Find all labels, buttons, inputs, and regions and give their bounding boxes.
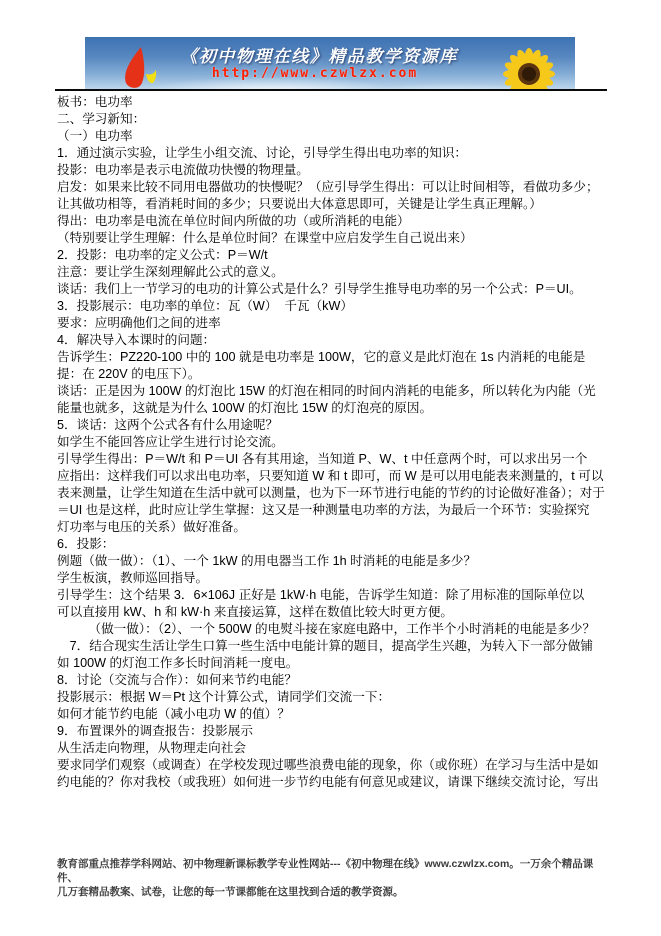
text-line: 表来测量，让学生知道在生活中就可以测量，也为下一环节进行电能的节约的讨论做好准备… xyxy=(57,485,608,502)
text-line: （一）电功率 xyxy=(57,128,608,145)
text-line: 二、学习新知： xyxy=(57,111,608,128)
text-line: 要求同学们观察（或调查）在学校发现过哪些浪费电能的现象，你（或你班）在学习与生活… xyxy=(57,757,608,774)
text-line: 引导学生：这个结果 3．6×106J 正好是 1kW·h 电能，告诉学生知道：除… xyxy=(57,587,608,604)
text-line: 如学生不能回答应让学生进行讨论交流。 xyxy=(57,434,608,451)
footer-line: 几万套精品教案、试卷，让您的每一节课都能在这里找到合适的教学资源。 xyxy=(57,885,613,899)
text-line: 4．解决导入本课时的问题： xyxy=(57,332,608,349)
text-line: （特别要让学生理解：什么是单位时间？在课堂中应启发学生自己说出来） xyxy=(57,230,608,247)
text-line: ＝UI 也是这样，此时应让学生掌握：这又是一种测量电功率的方法，为最后一个环节：… xyxy=(57,502,608,519)
text-line: 6．投影： xyxy=(57,536,608,553)
text-line: 谈话：我们上一节学习的电功的计算公式是什么？引导学生推导电功率的另一个公式：P＝… xyxy=(57,281,608,298)
text-line: 约电能的？你对我校（或我班）如何进一步节约电能有何意见或建议，请课下继续交流讨论… xyxy=(57,774,608,791)
text-line: 谈话：正是因为 100W 的灯泡比 15W 的灯泡在相同的时间内消耗的电能多，所… xyxy=(57,383,608,400)
text-line: 得出：电功率是电流在单位时间内所做的功（或所消耗的电能） xyxy=(57,213,608,230)
footer-line: 教育部重点推荐学科网站、初中物理新课标教学专业性网站---《初中物理在线》www… xyxy=(57,857,613,885)
text-line: 如 100W 的灯泡工作多长时间消耗一度电。 xyxy=(57,655,608,672)
document-body: 板书：电功率二、学习新知：（一）电功率1．通过演示实验，让学生小组交流、讨论，引… xyxy=(57,94,608,791)
page: { "banner": { "title": "《初中物理在线》精品教学资源库"… xyxy=(0,0,661,936)
text-line: 投影展示：根据 W＝Pt 这个计算公式，请同学们交流一下： xyxy=(57,689,608,706)
text-line: 投影：电功率是表示电流做功快慢的物理量。 xyxy=(57,162,608,179)
text-line: 如何才能节约电能（减小电功 W 的值）？ xyxy=(57,706,608,723)
text-line: 灯功率与电压的关系）做好准备。 xyxy=(57,519,608,536)
text-line: 2．投影：电功率的定义公式：P＝W/t xyxy=(57,247,608,264)
text-line: 注意：要让学生深刻理解此公式的意义。 xyxy=(57,264,608,281)
text-line: 引导学生得出：P＝W/t 和 P＝UI 各有其用途，当知道 P、W、t 中任意两… xyxy=(57,451,608,468)
text-line: 5．谈话：这两个公式各有什么用途呢？ xyxy=(57,417,608,434)
text-line: 告诉学生：PZ220-100 中的 100 就是电功率是 100W，它的意义是此… xyxy=(57,349,608,366)
text-line: 板书：电功率 xyxy=(57,94,608,111)
text-line: 应指出：这样我们可以求出电功率，只要知道 W 和 t 即可，而 W 是可以用电能… xyxy=(57,468,608,485)
text-line: 8．讨论（交流与合作）：如何来节约电能？ xyxy=(57,672,608,689)
text-line: 启发：如果来比较不同用电器做功的快慢呢？（应引导学生得出：可以让时间相等，看做功… xyxy=(57,179,608,196)
horizontal-divider xyxy=(55,89,607,91)
text-line: 可以直接用 kW、h 和 kW·h 来直接运算，这样在数值比较大时更方便。 xyxy=(57,604,608,621)
text-line: 能量也就多，这就是为什么 100W 的灯泡比 15W 的灯泡亮的原因。 xyxy=(57,400,608,417)
text-line: 从生活走向物理，从物理走向社会 xyxy=(57,740,608,757)
text-line: （做一做）：（2）、一个 500W 的电熨斗接在家庭电路中，工作半个小时消耗的电… xyxy=(57,621,608,638)
text-line: 例题（做一做）：（1）、一个 1kW 的用电器当工作 1h 时消耗的电能是多少？ xyxy=(57,553,608,570)
text-line: 要求：应明确他们之间的进率 xyxy=(57,315,608,332)
text-line: 学生板演，教师巡回指导。 xyxy=(57,570,608,587)
text-line: 3．投影展示：电功率的单位：瓦（W） 千瓦（kW） xyxy=(57,298,608,315)
sunflower-icon xyxy=(495,37,575,89)
text-line: 让其做功相等，看消耗时间的多少；只要说出大体意思即可，关键是让学生真正理解。） xyxy=(57,196,608,213)
text-line: 提：在 220V 的电压下）。 xyxy=(57,366,608,383)
page-footer: 教育部重点推荐学科网站、初中物理新课标教学专业性网站---《初中物理在线》www… xyxy=(57,857,613,899)
text-line: 7．结合现实生活让学生口算一些生活中电能计算的题目，提高学生兴趣，为转入下一部分… xyxy=(57,638,608,655)
text-line: 9．布置课外的调查报告：投影展示 xyxy=(57,723,608,740)
banner-url: http://www.czwlzx.com xyxy=(180,66,450,81)
text-line: 1．通过演示实验，让学生小组交流、讨论，引导学生得出电功率的知识： xyxy=(57,145,608,162)
banner-title: 《初中物理在线》精品教学资源库 xyxy=(143,42,495,67)
site-banner: 《初中物理在线》精品教学资源库 http://www.czwlzx.com xyxy=(85,37,575,89)
